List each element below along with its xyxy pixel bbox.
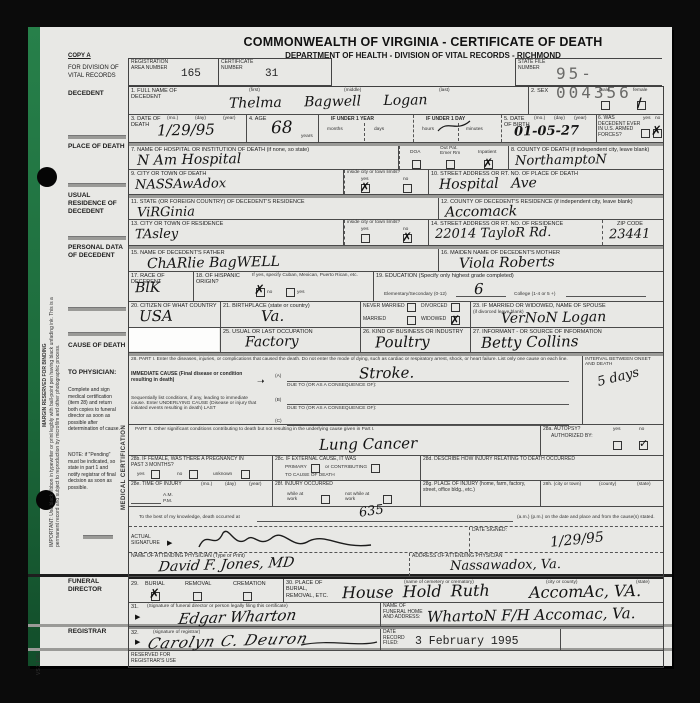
hispanic-yes-checkbox xyxy=(286,288,295,297)
immediate-cause-label: IMMEDIATE CAUSE (Final disease or condit… xyxy=(131,372,259,383)
field-autopsy: 28a. AUTOPSY? AUTHORIZED BY: yes no ✓ xyxy=(541,425,663,455)
no-hint: no xyxy=(177,472,182,477)
field-actual-signature: ACTUAL SIGNATURE ▶ xyxy=(129,527,469,552)
res-limits-yes-checkbox xyxy=(361,234,370,243)
year-hint: (year) xyxy=(223,116,236,121)
hospital-value: N Am Hospital xyxy=(137,151,242,169)
field-informant: 27. INFORMANT - OR SOURCE OF INFORMATION… xyxy=(471,328,663,352)
section-place-of-death: PLACE OF DEATH xyxy=(68,143,128,151)
no-hint: no xyxy=(403,177,408,182)
section-usual-residence: USUAL RESIDENCE OF DECEDENT xyxy=(68,192,128,216)
yes-hint: yes xyxy=(361,227,368,232)
divider xyxy=(364,123,365,141)
autopsy-label: 28a. AUTOPSY? xyxy=(543,427,580,433)
spouse-label: 23. IF MARRIED OR WIDOWED, NAME OF SPOUS… xyxy=(473,303,606,309)
sex-label: 2. SEX xyxy=(531,88,548,94)
race-value: BlK xyxy=(135,280,161,296)
am-hint: A.M. xyxy=(163,493,173,498)
for-division-label: FOR DIVISION OF VITAL RECORDS xyxy=(68,65,128,81)
pointer-icon: ▶ xyxy=(167,539,172,547)
field-registrar-blank xyxy=(561,629,663,650)
field-mother-name: 16. MAIDEN NAME OF DECEDENT'S MOTHER Vio… xyxy=(439,249,663,271)
line-a-label: (A) xyxy=(275,374,281,379)
pregnancy-yes-checkbox xyxy=(151,470,160,479)
field-residence-city-limits: inside city or town limits? yes no ✗ xyxy=(344,220,429,245)
months-hint: months xyxy=(327,127,343,132)
field-interval: INTERVAL BETWEEN ONSET AND DEATH 5 days xyxy=(583,356,663,424)
mo-hint: (mo.) xyxy=(534,116,545,121)
field-education: 19. EDUCATION (Specify only highest grad… xyxy=(374,272,663,301)
residence-city-value: TAsley xyxy=(135,227,178,243)
date-of-death-value: 1/29/95 xyxy=(157,120,215,139)
field-armed-forces: 6. WAS DECEDENT EVER IN U.S. ARMED FORCE… xyxy=(597,115,663,142)
part2-label: PART II. Other significant conditions co… xyxy=(135,427,535,432)
part2-value: Lung Cancer xyxy=(319,434,417,454)
funeral-director-signature: Edgar Wharton xyxy=(177,606,298,628)
line-b-label: (B) xyxy=(275,398,281,403)
sex-male-checkbox xyxy=(601,101,610,110)
state-file-label: STATE FILE NUMBER xyxy=(518,60,552,71)
place-of-burial-city: AccomAc, VA. xyxy=(529,581,641,602)
contributing-checkbox xyxy=(371,464,380,473)
place-of-burial-label: 30. PLACE OF BURIAL, REMOVAL, ETC. xyxy=(286,580,336,599)
yes-hint: yes xyxy=(297,290,304,295)
spouse-value: VerNoN Logan xyxy=(501,309,606,327)
field-disposition: 29. BURIAL REMOVAL CREMATION ✗ xyxy=(129,579,284,602)
field-marital-status: NEVER MARRIED DIVORCED MARRIED WIDOWED ✗ xyxy=(361,302,471,327)
autopsy-no-checkbox: ✓ xyxy=(639,441,648,450)
margin-divider xyxy=(83,535,113,539)
certificate-form: 1. FULL NAME OF DECEDENT (first) (middle… xyxy=(128,86,664,668)
row-reserved: RESERVED FOR REGISTRAR'S USE xyxy=(129,651,663,667)
row-city-of-death: 9. CITY OR TOWN OF DEATH NASSAwAdox insi… xyxy=(129,170,663,195)
date-filed-value: 3 February 1995 xyxy=(415,635,519,648)
days-hint: days xyxy=(374,127,384,132)
field-redacted xyxy=(129,328,221,352)
field-death-city-limits: inside city or town limits? yes no ✗ xyxy=(344,170,429,194)
armed-forces-no-checkbox: ✗ xyxy=(653,129,662,138)
authorized-by-label: AUTHORIZED BY: xyxy=(551,434,593,440)
sex-female-label: female xyxy=(633,88,647,93)
age-label: 4. AGE xyxy=(249,116,266,122)
while-at-work-checkbox xyxy=(321,495,330,504)
informant-value: Betty Collins xyxy=(481,332,579,352)
pregnancy-no-checkbox xyxy=(189,470,198,479)
residence-street-value: 22014 TayloR Rd. xyxy=(435,225,552,242)
divorced-checkbox xyxy=(451,303,460,312)
field-industry: 26. KIND OF BUSINESS OR INDUSTRY Poultry xyxy=(361,328,471,352)
signature-flourish xyxy=(299,637,379,649)
cremation-label: CREMATION xyxy=(233,581,266,587)
death-street-value: Hospital Ave xyxy=(439,175,537,193)
day-hint: (day) xyxy=(554,116,565,121)
field-admission-type: DOA Out Pat. Emer Rm Inpatient ✗ xyxy=(399,146,509,169)
certificate-number-box: CERTIFICATE NUMBER 31 xyxy=(218,58,332,86)
sex-male-label: male xyxy=(599,88,609,93)
field-residence-state: 11. STATE (OR FOREIGN COUNTRY) OF DECEDE… xyxy=(129,198,439,219)
injury-occurred-label: 28f. INJURY OCCURRED xyxy=(275,482,333,488)
reserved-label: RESERVED FOR REGISTRAR'S USE xyxy=(131,653,191,664)
limits-hint: inside city or town limits? xyxy=(347,170,427,175)
row-registrar: 32. (signature of registrar) ▶ Carolyn C… xyxy=(129,627,663,651)
pm-hint: P.M. xyxy=(163,499,172,504)
education-label: 19. EDUCATION (Specify only highest grad… xyxy=(376,273,514,279)
certificate-number-label: CERTIFICATE NUMBER xyxy=(221,60,261,71)
margin-important-text: IMPORTANT: Use black ribbon in typewrite… xyxy=(49,297,61,547)
elementary-hint: Elementary/Secondary (0-12) xyxy=(384,292,447,297)
divorced-label: DIVORCED xyxy=(421,304,447,310)
certificate-paper: MARGIN RESERVED FOR BINDING IMPORTANT: U… xyxy=(28,27,672,666)
form-code: VS 2 1/89 xyxy=(36,653,42,675)
actual-signature-label: ACTUAL SIGNATURE xyxy=(131,535,165,546)
field-physician-name: NAME OF ATTENDING PHYSICIAN (Type or Pri… xyxy=(129,553,409,576)
yes-hint: yes xyxy=(137,472,144,477)
field-registrar-signature: 32. (signature of registrar) ▶ Carolyn C… xyxy=(129,629,381,650)
box-32-number: 32. xyxy=(131,630,139,636)
date-of-birth-value: 01-05-27 xyxy=(514,123,579,139)
widowed-label: WIDOWED xyxy=(421,317,446,323)
to-cause-hint: TO CAUSE OF DEATH xyxy=(285,473,335,478)
place-of-injury-label: 28g. PLACE OF INJURY (home, farm, factor… xyxy=(423,482,533,493)
yes-hint: yes xyxy=(613,427,620,432)
mo-hint: (mo.) xyxy=(201,482,212,487)
hours-hint: hours xyxy=(422,127,434,132)
field-under-1-year: IF UNDER 1 YEAR months days xyxy=(319,115,414,142)
field-date-filed: DATE RECORD FILED: 3 February 1995 xyxy=(381,629,561,650)
inpatient-checkbox: ✗ xyxy=(484,160,493,169)
section-registrar: REGISTRAR xyxy=(68,628,128,636)
pointer-icon: ▶ xyxy=(135,613,140,621)
row-part1: 28. PART I. Enter the diseases, injuries… xyxy=(129,353,663,425)
row-date-of-death: 3. DATE OF DEATH (mo.) (day) (year) 1/29… xyxy=(129,115,663,143)
no-hint: no xyxy=(267,290,272,295)
field-funeral-home: NAME OF FUNERAL HOME AND ADDRESS: Wharto… xyxy=(381,603,663,626)
field-time-of-injury: 28e. TIME OF INJURY (mo.) (day) (year) A… xyxy=(129,481,273,506)
emer-rm-checkbox xyxy=(446,160,455,169)
redacted-box xyxy=(129,328,219,351)
county-of-death-value: NorthamptoN xyxy=(515,152,607,169)
section-funeral-director: FUNERAL DIRECTOR xyxy=(68,578,128,594)
margin-binding-text: MARGIN RESERVED FOR BINDING xyxy=(42,343,48,427)
doa-hint: DOA xyxy=(410,150,420,155)
field-residence-street: 14. STREET ADDRESS OR RT. NO. OF RESIDEN… xyxy=(429,220,603,245)
city-of-death-value: NASSAwAdox xyxy=(135,176,226,193)
physician-address-value: Nassawadox, Va. xyxy=(450,557,561,574)
field-race: 17. RACE OF DECEDENT BlK xyxy=(129,272,194,301)
field-funeral-director-signature: 31. (Signature of funeral director or pe… xyxy=(129,603,381,626)
field-hispanic-origin: 18. OF HISPANIC ORIGIN? If yes, specify … xyxy=(194,272,374,301)
limits-no-checkbox xyxy=(403,184,412,193)
margin-divider xyxy=(68,135,126,139)
field-father-name: 15. NAME OF DECEDENT'S FATHER ChARlie Ba… xyxy=(129,249,439,271)
row-time-of-death-attest: To the best of my knowledge, death occur… xyxy=(129,507,663,527)
never-married-checkbox xyxy=(407,303,416,312)
margin-divider xyxy=(68,307,126,311)
write-line xyxy=(566,296,646,297)
field-date-signed: DATE SIGNED: 1/29/95 xyxy=(469,527,663,552)
contributing-hint: or CONTRIBUTING xyxy=(325,465,367,470)
field-city-of-death: 9. CITY OR TOWN OF DEATH NASSAwAdox xyxy=(129,170,344,194)
due-to-a: DUE TO (OR AS A CONSEQUENCE OF): xyxy=(287,383,376,388)
row-funeral-director: 31. (Signature of funeral director or pe… xyxy=(129,603,663,627)
row-burial: 29. BURIAL REMOVAL CREMATION ✗ 30. PLACE… xyxy=(129,577,663,603)
funeral-home-label: NAME OF FUNERAL HOME AND ADDRESS: xyxy=(383,604,427,621)
middle-hint: (middle) xyxy=(344,88,361,93)
time-of-death-value: 635 xyxy=(358,502,385,520)
write-line xyxy=(131,503,161,504)
sex-female-checkbox: ∕ xyxy=(637,101,646,110)
part1-instructions: 28. PART I. Enter the diseases, injuries… xyxy=(131,357,571,362)
time-line xyxy=(257,521,513,522)
occupation-value: Factory xyxy=(245,334,299,351)
married-checkbox xyxy=(407,316,416,325)
margin-divider xyxy=(68,236,126,240)
field-birthplace: 21. BIRTHPLACE (state or country) Va. xyxy=(221,302,361,327)
field-reserved: RESERVED FOR REGISTRAR'S USE xyxy=(129,651,663,667)
education-value: 6 xyxy=(474,280,484,298)
pregnancy-label: 28b. IF FEMALE, WAS THERE A PREGNANCY IN… xyxy=(131,457,251,468)
field-hospital: 7. NAME OF HOSPITAL OR INSTITUTION OF DE… xyxy=(129,146,399,169)
field-injury-location: 28h. (city or town) (county) (state) xyxy=(541,481,663,506)
burial-checkbox: ✗ xyxy=(151,592,160,601)
date-signed-label: DATE SIGNED: xyxy=(472,528,507,534)
field-occupation: 25. USUAL OR LAST OCCUPATION Factory xyxy=(221,328,361,352)
physician-name-value: David F. Jones, MD xyxy=(157,555,295,576)
certificate-title: COMMONWEALTH OF VIRGINIA - CERTIFICATE O… xyxy=(156,35,690,49)
row-hospital: 7. NAME OF HOSPITAL OR INSTITUTION OF DE… xyxy=(129,143,663,170)
no-hint: no xyxy=(655,116,660,121)
due-to-b: DUE TO (OR AS A CONSEQUENCE OF): xyxy=(287,406,376,411)
field-spouse: 23. IF MARRIED OR WIDOWED, NAME OF SPOUS… xyxy=(471,302,663,327)
age-value: 68 xyxy=(271,118,293,138)
limits-yes-checkbox: ✗ xyxy=(361,184,370,193)
row-residence-state: 11. STATE (OR FOREIGN COUNTRY) OF DECEDE… xyxy=(129,195,663,220)
day-hint: (day) xyxy=(225,482,236,487)
armed-forces-yes-checkbox xyxy=(641,129,650,138)
field-place-of-injury: 28g. PLACE OF INJURY (home, farm, factor… xyxy=(421,481,541,506)
line-c-label: (C) xyxy=(275,419,282,424)
date-filed-label: DATE RECORD FILED: xyxy=(383,630,413,647)
funeral-home-value: WhartoN F/H Accomac, Va. xyxy=(427,604,636,626)
years-hint: years xyxy=(301,134,313,139)
field-place-of-burial: 30. PLACE OF BURIAL, REMOVAL, ETC. (name… xyxy=(284,579,663,602)
external-cause-label: 28c. IF EXTERNAL CAUSE, IT WAS xyxy=(275,457,356,463)
date-signed-value: 1/29/95 xyxy=(549,529,604,551)
row-injury: 28e. TIME OF INJURY (mo.) (day) (year) A… xyxy=(129,481,663,507)
field-age: 4. AGE 68 years xyxy=(247,115,319,142)
field-attestation: To the best of my knowledge, death occur… xyxy=(129,507,663,526)
field-injury-occurred: 28f. INJURY OCCURRED while at work not w… xyxy=(273,481,421,506)
armed-forces-label: 6. WAS DECEDENT EVER IN U.S. ARMED FORCE… xyxy=(598,116,642,138)
college-hint: College (1-4 or 5 +) xyxy=(514,292,555,297)
field-death-street: 10. STREET ADDRESS OR RT. NO. OF PLACE O… xyxy=(429,170,663,194)
row-part2: PART II. Other significant conditions co… xyxy=(129,425,663,456)
residence-state-value: ViRGinia xyxy=(137,204,195,220)
state-hint: (state) xyxy=(637,482,651,487)
margin-divider xyxy=(68,332,126,336)
full-name-label: 1. FULL NAME OF DECEDENT xyxy=(131,88,177,101)
registration-area-label: REGISTRATION AREA NUMBER xyxy=(131,60,181,71)
field-under-1-day: IF UNDER 1 DAY hours minutes xyxy=(414,115,502,142)
not-while-at-work-hint: not while at work xyxy=(345,492,375,502)
attest-post-text: (a.m.) (p.m.) on the date and place and … xyxy=(517,515,657,520)
row-pregnancy: 28b. IF FEMALE, WAS THERE A PREGNANCY IN… xyxy=(129,456,663,481)
cremation-checkbox xyxy=(243,592,252,601)
pregnancy-unknown-checkbox xyxy=(241,470,250,479)
physician-note: NOTE: if "Pending" must be indicated, so… xyxy=(68,452,120,491)
widowed-checkbox: ✗ xyxy=(451,316,460,325)
field-residence-city: 13. CITY OR TOWN OF RESIDENCE TAsley xyxy=(129,220,344,245)
place-of-burial-value: House Hold Ruth xyxy=(342,581,490,603)
while-at-work-hint: while at work xyxy=(287,492,313,502)
box-31-number: 31. xyxy=(131,604,139,610)
unknown-hint: unknown xyxy=(213,472,232,477)
field-sex: 2. SEX male female ∕ xyxy=(529,87,663,114)
row-physician-signature: ACTUAL SIGNATURE ▶ DATE SIGNED: 1/29/95 xyxy=(129,527,663,553)
not-while-at-work-checkbox xyxy=(383,495,392,504)
stray-pen-mark xyxy=(434,117,474,135)
interval-value: 5 days xyxy=(596,365,641,390)
industry-value: Poultry xyxy=(375,333,430,352)
removal-checkbox xyxy=(193,592,202,601)
cause-a-value: Stroke. xyxy=(359,364,415,383)
last-hint: (last) xyxy=(439,88,450,93)
section-to-physician: TO PHYSICIAN: xyxy=(68,369,128,377)
cause-a-line xyxy=(287,381,569,382)
hispanic-hint: If yes, specify Cuban, Mexican, Puerto R… xyxy=(252,273,368,278)
year-hint: (year) xyxy=(249,482,262,487)
citizen-value: USA xyxy=(139,307,173,326)
time-of-injury-label: 28e. TIME OF INJURY xyxy=(131,482,182,488)
hispanic-label: 18. OF HISPANIC ORIGIN? xyxy=(196,273,244,286)
attest-pre-text: To the best of my knowledge, death occur… xyxy=(139,515,240,520)
never-married-label: NEVER MARRIED xyxy=(363,304,405,310)
field-date-of-death: 3. DATE OF DEATH (mo.) (day) (year) 1/29… xyxy=(129,115,247,142)
physician-signature xyxy=(189,527,389,553)
yes-hint: yes xyxy=(643,116,650,121)
year-hint: (year) xyxy=(574,116,587,121)
emer-rm-hint: Out Pat. Emer Rm xyxy=(440,146,464,157)
interval-label: INTERVAL BETWEEN ONSET AND DEATH xyxy=(585,357,655,367)
removal-label: REMOVAL xyxy=(185,581,212,587)
registration-area-number: 165 xyxy=(181,68,201,80)
field-date-of-birth: 5. DATE OF BIRTH (mo.) (day) (year) 01-0… xyxy=(502,115,597,142)
row-physician-name: NAME OF ATTENDING PHYSICIAN (Type or Pri… xyxy=(129,553,663,577)
section-cause-of-death: CAUSE OF DEATH xyxy=(68,342,128,350)
section-decedent: DECEDENT xyxy=(68,90,128,98)
row-residence-city: 13. CITY OR TOWN OF RESIDENCE TAsley ins… xyxy=(129,220,663,246)
margin-divider xyxy=(68,183,126,187)
state-file-box: STATE FILE NUMBER 95-004356 xyxy=(515,58,662,86)
row-occupation: 25. USUAL OR LAST OCCUPATION Factory 26.… xyxy=(129,328,663,353)
field-physician-address: ADDRESS OF ATTENDING PHYSICIAN Nassawado… xyxy=(409,553,663,576)
row-full-name: 1. FULL NAME OF DECEDENT (first) (middle… xyxy=(129,87,663,115)
under-1-year-label: IF UNDER 1 YEAR xyxy=(331,117,374,123)
copy-a-label: COPY A xyxy=(68,53,91,59)
residence-county-value: Accomack xyxy=(445,203,517,220)
field-residence-county: 12. COUNTY OF DECEDENT'S RESIDENCE (if i… xyxy=(439,198,663,219)
row-citizen: 20. CITIZEN OF WHAT COUNTRY USA 21. BIRT… xyxy=(129,302,663,328)
field-describe-injury: 28d. DESCRIBE HOW INJURY RELATING TO DEA… xyxy=(421,456,663,480)
pointer-icon: ▶ xyxy=(135,638,140,646)
certificate-number: 31 xyxy=(265,68,278,80)
scan-background: { "header": { "title": "COMMONWEALTH OF … xyxy=(0,0,700,703)
field-pregnancy: 28b. IF FEMALE, WAS THERE A PREGNANCY IN… xyxy=(129,456,273,480)
cause-b-line xyxy=(287,404,569,405)
res-limits-no-checkbox: ✗ xyxy=(403,234,412,243)
row-parents: 15. NAME OF DECEDENT'S FATHER ChARlie Ba… xyxy=(129,246,663,272)
county-hint: (county) xyxy=(599,482,616,487)
field-county-of-death: 8. COUNTY OF DEATH (if independent city,… xyxy=(509,146,663,169)
primary-checkbox xyxy=(311,464,320,473)
mother-value: Viola Roberts xyxy=(459,254,555,272)
field-zip: ZIP CODE 23441 xyxy=(603,220,663,245)
field-external-cause: 28c. IF EXTERNAL CAUSE, IT WAS PRIMARY o… xyxy=(273,456,421,480)
arrow-icon: ➝ xyxy=(257,376,265,387)
doa-checkbox xyxy=(412,160,421,169)
underlying-cause-label: Sequentially list conditions, if any, le… xyxy=(131,396,259,411)
field-full-name: 1. FULL NAME OF DECEDENT (first) (middle… xyxy=(129,87,529,114)
field-part2: PART II. Other significant conditions co… xyxy=(129,425,541,455)
father-value: ChARlie BagWELL xyxy=(147,254,280,272)
primary-hint: PRIMARY xyxy=(285,465,307,470)
field-citizen: 20. CITIZEN OF WHAT COUNTRY USA xyxy=(129,302,221,327)
limits-hint: inside city or town limits? xyxy=(347,220,427,225)
describe-injury-label: 28d. DESCRIBE HOW INJURY RELATING TO DEA… xyxy=(423,457,575,463)
section-personal-data: PERSONAL DATA OF DECEDENT xyxy=(68,244,128,260)
binding-strip xyxy=(28,27,40,666)
hole-punch-top xyxy=(37,167,57,187)
birthplace-value: Va. xyxy=(261,307,284,325)
no-hint: no xyxy=(639,427,644,432)
hispanic-no-checkbox: ✗ xyxy=(256,288,265,297)
married-label: MARRIED xyxy=(363,317,386,323)
autopsy-yes-checkbox xyxy=(613,441,622,450)
registration-area-box: REGISTRATION AREA NUMBER 165 xyxy=(128,58,220,86)
first-hint: (first) xyxy=(249,88,260,93)
city-hint: 28h. (city or town) xyxy=(543,482,581,487)
full-name-value: Thelma Bagwell Logan xyxy=(229,92,428,111)
medical-certification-label: MEDICAL CERTIFICATION xyxy=(121,425,127,510)
zip-value: 23441 xyxy=(609,227,651,243)
box-29-number: 29. xyxy=(131,581,139,587)
physician-instructions: Complete and sign medical certification … xyxy=(68,387,120,433)
inpatient-hint: Inpatient xyxy=(478,150,496,155)
field-part1: 28. PART I. Enter the diseases, injuries… xyxy=(129,356,583,424)
row-race: 17. RACE OF DECEDENT BlK 18. OF HISPANIC… xyxy=(129,272,663,302)
